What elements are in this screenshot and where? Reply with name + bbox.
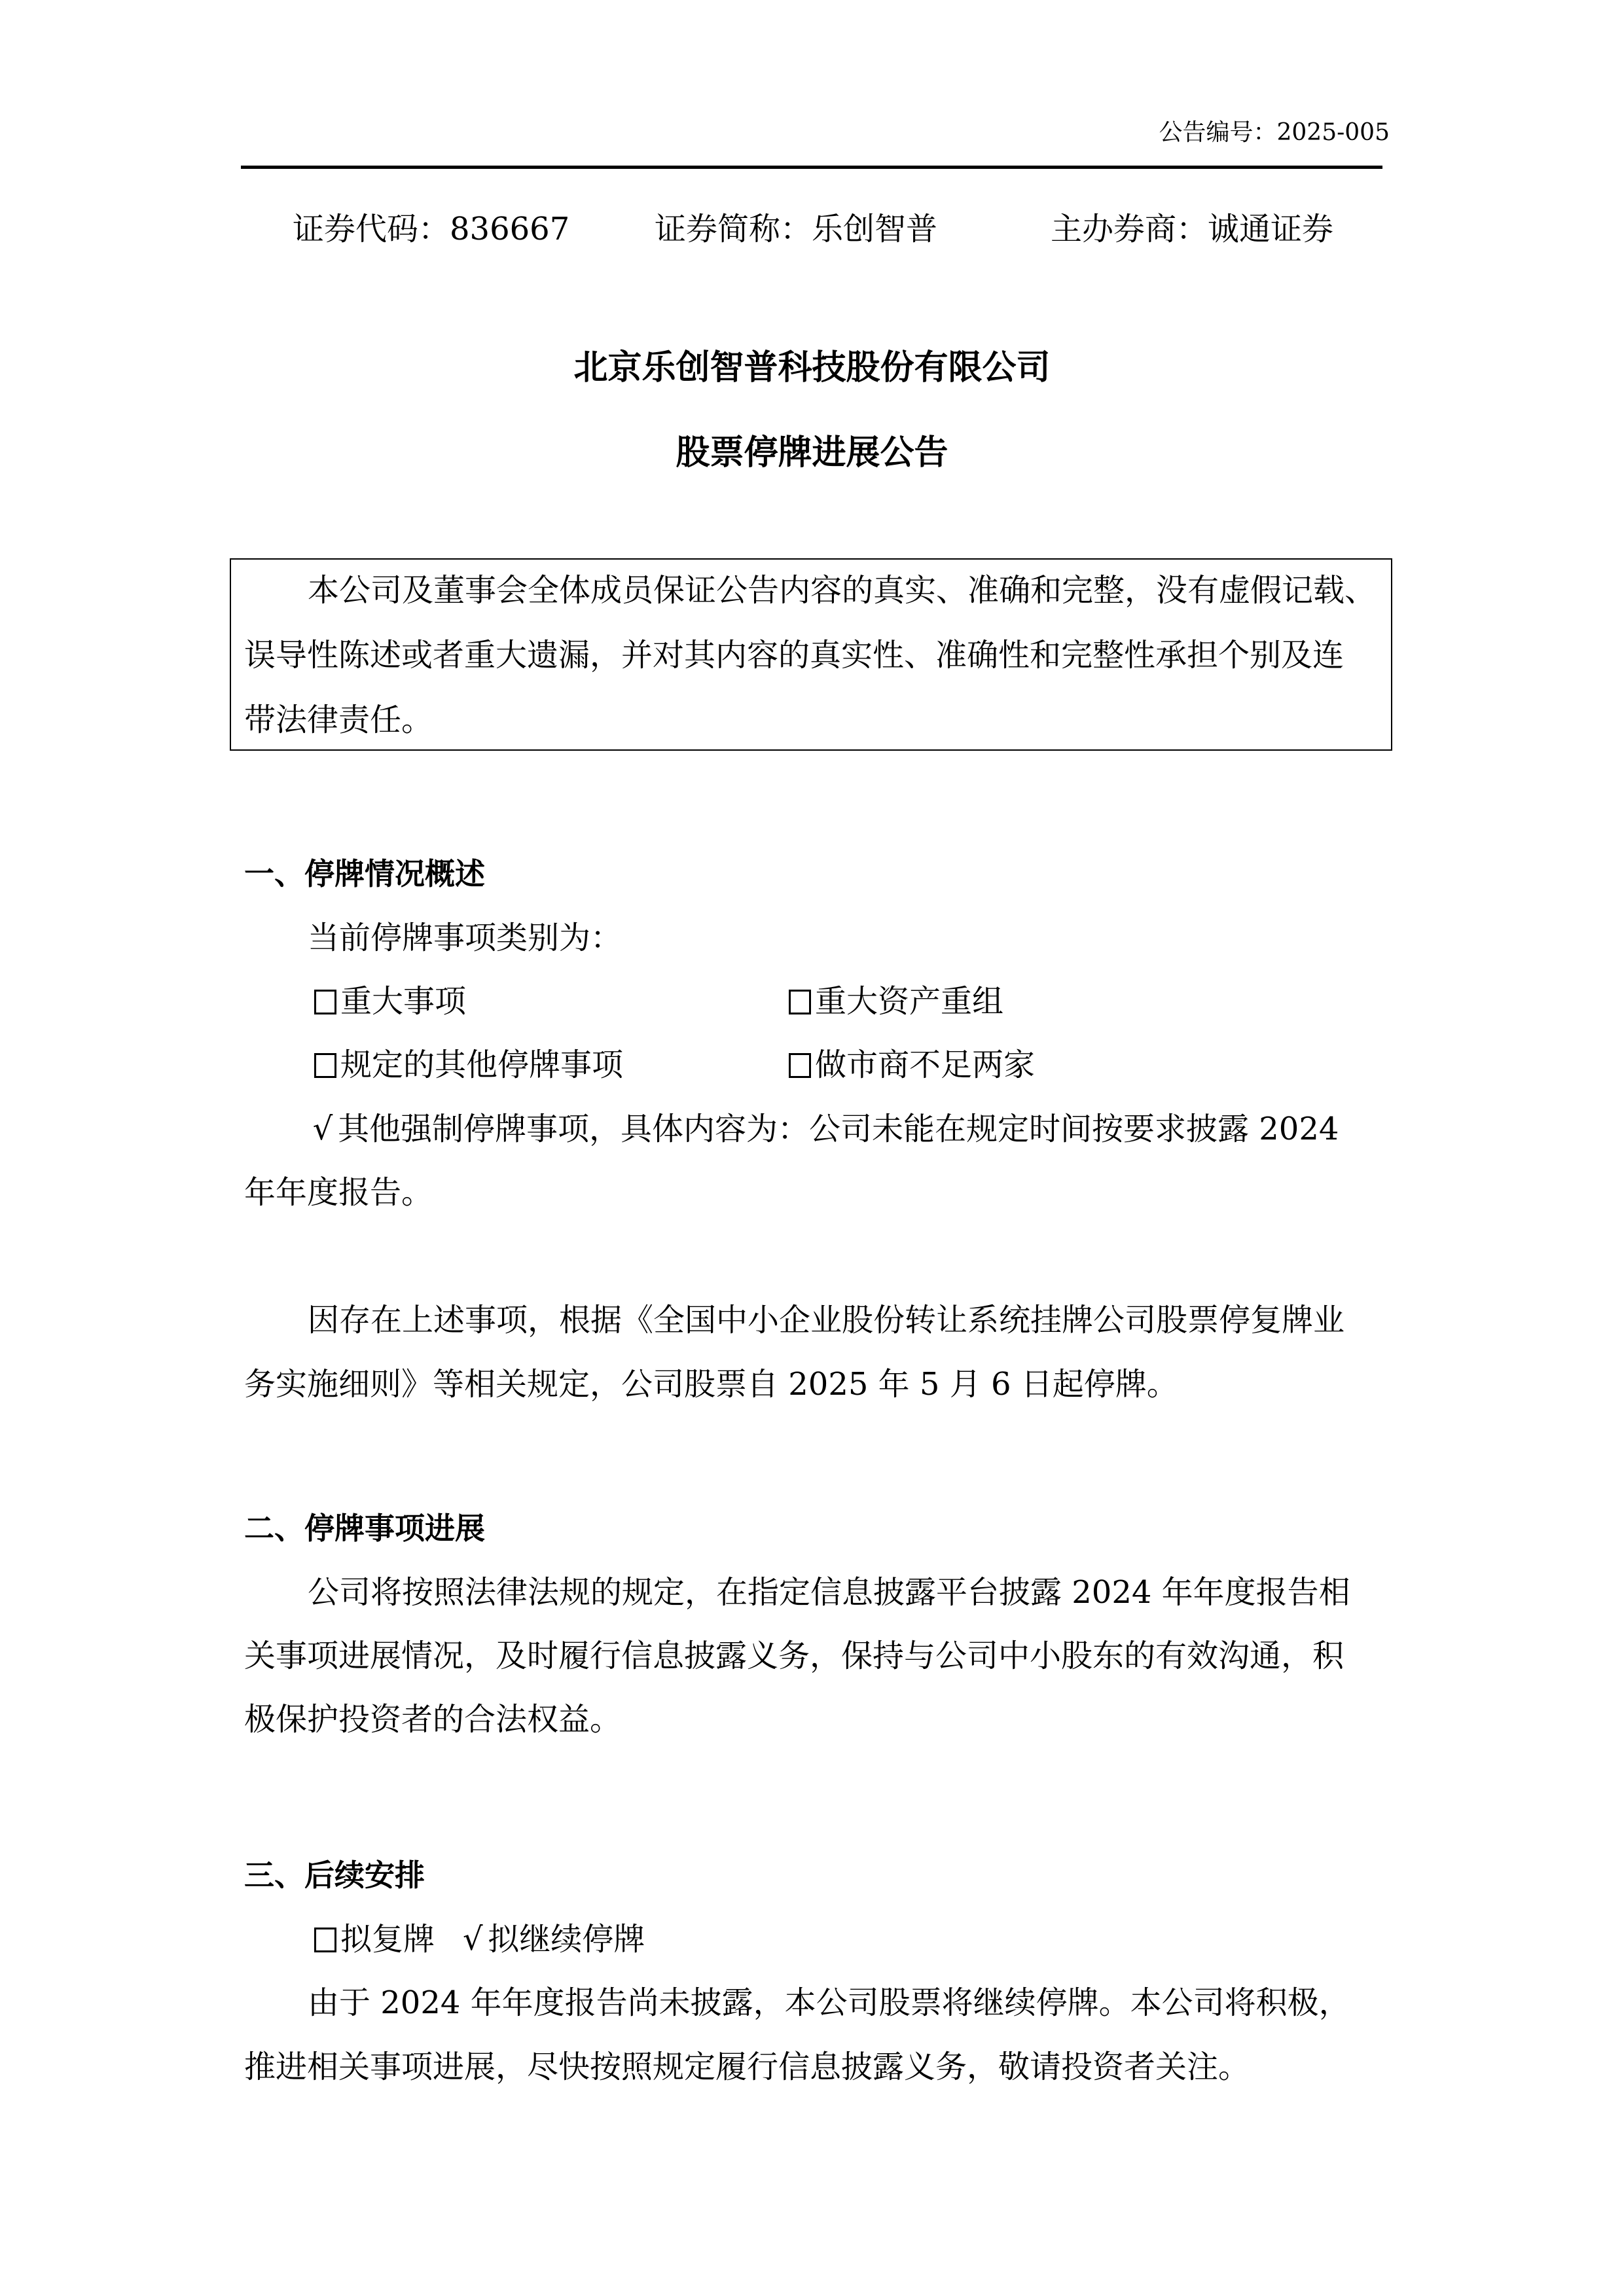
option-other-mandatory[interactable]: √其他强制停牌事项，具体内容为：公司未能在规定时间按要求披露 2024	[308, 1109, 1339, 1149]
security-code: 证券代码：836667	[293, 208, 569, 250]
follow-up-options: 拟复牌 √拟继续停牌	[314, 1920, 645, 1959]
security-short-name: 证券简称：乐创智普	[655, 208, 937, 250]
suspension-basis-line-2: 务实施细则》等相关规定，公司股票自 2025 年 5 月 6 日起停牌。	[244, 1365, 1178, 1404]
sponsor-broker: 主办券商：诚通证券	[1051, 208, 1333, 250]
option-label: 规定的其他停牌事项	[340, 1047, 623, 1083]
option-label: 重大事项	[340, 983, 466, 1020]
progress-line-2: 关事项进展情况，及时履行信息披露义务，保持与公司中小股东的有效沟通，积	[244, 1636, 1344, 1676]
company-title: 北京乐创智普科技股份有限公司	[0, 345, 1624, 391]
statement-line-3: 带法律责任。	[244, 700, 433, 740]
option-major-matter[interactable]: 重大事项	[314, 982, 466, 1021]
checkbox-unchecked-icon[interactable]	[314, 1053, 336, 1078]
option-continue-suspension[interactable]: √拟继续停牌	[458, 1921, 645, 1958]
follow-up-line-1: 由于 2024 年年度报告尚未披露，本公司股票将继续停牌。本公司将积极，	[308, 1983, 1350, 2022]
statement-line-1: 本公司及董事会全体成员保证公告内容的真实、准确和完整，没有虚假记载、	[308, 571, 1388, 610]
section-3-heading: 三、后续安排	[244, 1856, 425, 1895]
suspension-basis-line-1: 因存在上述事项，根据《全国中小企业股份转让系统挂牌公司股票停复牌业	[308, 1300, 1344, 1340]
option-major-restructuring[interactable]: 重大资产重组	[789, 982, 1003, 1021]
progress-line-3: 极保护投资者的合法权益。	[244, 1700, 621, 1739]
option-label: 拟继续停牌	[488, 1921, 645, 1958]
option-other-regulated[interactable]: 规定的其他停牌事项	[314, 1045, 623, 1085]
section-1-heading: 一、停牌情况概述	[244, 854, 485, 893]
follow-up-line-2: 推进相关事项进展，尽快按照规定履行信息披露义务，敬请投资者关注。	[244, 2047, 1250, 2087]
checkbox-unchecked-icon[interactable]	[314, 990, 336, 1014]
option-label: 拟复牌	[340, 1921, 435, 1958]
checkbox-unchecked-icon[interactable]	[314, 1928, 336, 1952]
checkmark-icon[interactable]: √	[458, 1920, 488, 1959]
option-resume-trading[interactable]: 拟复牌	[314, 1921, 435, 1958]
header-divider	[241, 166, 1382, 169]
option-label: 重大资产重组	[815, 983, 1003, 1020]
other-mandatory-text: 其他强制停牌事项，具体内容为：公司未能在规定时间按要求披露 2024	[338, 1111, 1339, 1147]
option-market-makers[interactable]: 做市商不足两家	[789, 1045, 1035, 1085]
progress-line-1: 公司将按照法律法规的规定，在指定信息披露平台披露 2024 年年度报告相	[308, 1573, 1350, 1612]
announcement-number: 公告编号：2025-005	[1159, 117, 1390, 149]
checkmark-icon[interactable]: √	[308, 1109, 338, 1149]
other-mandatory-text-cont: 年年度报告。	[244, 1173, 433, 1212]
option-label: 做市商不足两家	[815, 1047, 1035, 1083]
checkbox-unchecked-icon[interactable]	[789, 1053, 811, 1078]
statement-line-2: 误导性陈述或者重大遗漏，并对其内容的真实性、准确性和完整性承担个别及连	[244, 636, 1344, 675]
checkbox-unchecked-icon[interactable]	[789, 990, 811, 1014]
suspension-type-intro: 当前停牌事项类别为：	[308, 918, 622, 958]
announcement-title: 股票停牌进展公告	[0, 430, 1624, 476]
section-2-heading: 二、停牌事项进展	[244, 1509, 485, 1548]
